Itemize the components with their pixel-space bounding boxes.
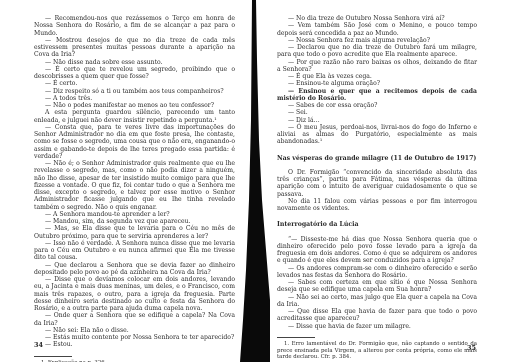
book-spine-shadow (0, 0, 506, 362)
